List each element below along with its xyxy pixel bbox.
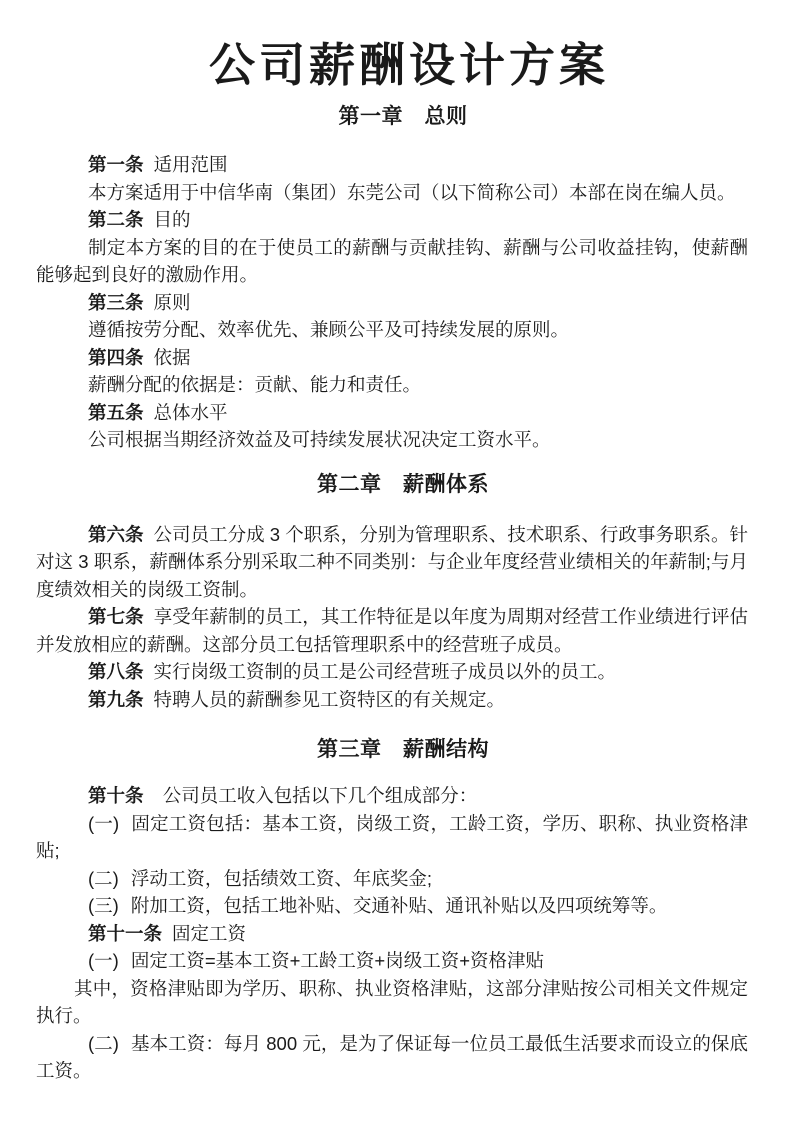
list-marker: (一) <box>88 813 119 834</box>
chapter-salary-structure: 第三章 薪酬结构 第十条 公司员工收入包括以下几个组成部分： (一)固定工资包括… <box>0 735 800 1085</box>
paragraph-text: 固定工资=基本工资+工龄工资+岗级工资+资格津贴 <box>131 950 544 971</box>
article-title-line: 第五条总体水平 <box>36 399 748 427</box>
paragraph: 薪酬分配的依据是：贡献、能力和责任。 <box>36 371 748 399</box>
article-title-line: 第四条依据 <box>36 344 748 372</box>
article-paragraph: 第六条公司员工分成 3 个职系，分别为管理职系、技术职系、行政事务职系。针对这 … <box>36 521 748 604</box>
article-label: 第四条 <box>88 347 144 368</box>
list-item: (三)附加工资，包括工地补贴、交通补贴、通讯补贴以及四项统筹等。 <box>36 892 748 920</box>
document-title: 公司薪酬设计方案 <box>0 0 800 94</box>
chapter-3-body: 第十条 公司员工收入包括以下几个组成部分： (一)固定工资包括：基本工资，岗级工… <box>36 782 748 1085</box>
list-marker: (三) <box>88 895 119 916</box>
article-title-line: 第三条原则 <box>36 289 748 317</box>
paragraph-text: 制定本方案的目的在于使员工的薪酬与贡献挂钩、薪酬与公司收益挂钩，使薪酬能够起到良… <box>36 237 748 286</box>
paragraph-text: 目的 <box>154 209 191 230</box>
article-paragraph: 第七条享受年薪制的员工，其工作特征是以年度为周期对经营工作业绩进行评估并发放相应… <box>36 603 748 658</box>
paragraph-text: 总体水平 <box>154 402 228 423</box>
list-marker: (一) <box>88 950 119 971</box>
paragraph-text: 附加工资，包括工地补贴、交通补贴、通讯补贴以及四项统筹等。 <box>131 895 668 916</box>
paragraph: 其中，资格津贴即为学历、职称、执业资格津贴，这部分津贴按公司相关文件规定执行。 <box>36 975 748 1030</box>
article-title-line: 第二条目的 <box>36 206 748 234</box>
article-label: 第七条 <box>88 606 144 627</box>
article-paragraph: 第九条特聘人员的薪酬参见工资特区的有关规定。 <box>36 686 748 714</box>
paragraph-text: 公司员工收入包括以下几个组成部分： <box>154 785 478 806</box>
paragraph-text: 基本工资：每月 800 元，是为了保证每一位员工最低生活要求而设立的保底工资。 <box>36 1033 748 1082</box>
list-item: (二)基本工资：每月 800 元，是为了保证每一位员工最低生活要求而设立的保底工… <box>36 1030 748 1085</box>
list-item: (二)浮动工资，包括绩效工资、年底奖金; <box>36 865 748 893</box>
chapter-3-heading: 第三章 薪酬结构 <box>0 735 800 765</box>
paragraph: 本方案适用于中信华南（集团）东莞公司（以下简称公司）本部在岗在编人员。 <box>36 179 748 207</box>
paragraph-text: 原则 <box>154 292 191 313</box>
article-title-line: 第十一条固定工资 <box>36 920 748 948</box>
article-label: 第三条 <box>88 292 144 313</box>
article-title-line: 第一条适用范围 <box>36 151 748 179</box>
paragraph-text: 遵循按劳分配、效率优先、兼顾公平及可持续发展的原则。 <box>88 319 569 340</box>
chapter-2-body: 第六条公司员工分成 3 个职系，分别为管理职系、技术职系、行政事务职系。针对这 … <box>36 521 748 714</box>
list-marker: (二) <box>88 868 119 889</box>
paragraph-text: 实行岗级工资制的员工是公司经营班子成员以外的员工。 <box>154 661 617 682</box>
paragraph-text: 浮动工资，包括绩效工资、年底奖金; <box>131 868 432 889</box>
chapter-salary-system: 第二章 薪酬体系 第六条公司员工分成 3 个职系，分别为管理职系、技术职系、行政… <box>0 470 800 714</box>
list-item: (一)固定工资=基本工资+工龄工资+岗级工资+资格津贴 <box>36 947 748 975</box>
chapter-2-heading: 第二章 薪酬体系 <box>0 470 800 500</box>
paragraph-text: 薪酬分配的依据是：贡献、能力和责任。 <box>88 374 421 395</box>
article-label: 第十一条 <box>88 923 162 944</box>
document-page: 公司薪酬设计方案 第一章 总则 第一条适用范围 本方案适用于中信华南（集团）东莞… <box>0 0 800 1131</box>
article-label: 第一条 <box>88 154 144 175</box>
paragraph-text: 公司根据当期经济效益及可持续发展状况决定工资水平。 <box>88 429 551 450</box>
paragraph: 制定本方案的目的在于使员工的薪酬与贡献挂钩、薪酬与公司收益挂钩，使薪酬能够起到良… <box>36 234 748 289</box>
article-label: 第五条 <box>88 402 144 423</box>
article-paragraph: 第八条实行岗级工资制的员工是公司经营班子成员以外的员工。 <box>36 658 748 686</box>
article-label: 第二条 <box>88 209 144 230</box>
chapter-1-body: 第一条适用范围 本方案适用于中信华南（集团）东莞公司（以下简称公司）本部在岗在编… <box>36 151 748 454</box>
paragraph-text: 依据 <box>154 347 191 368</box>
article-paragraph: 第十条 公司员工收入包括以下几个组成部分： <box>36 782 748 810</box>
paragraph-text: 适用范围 <box>154 154 228 175</box>
paragraph-text: 固定工资 <box>172 923 246 944</box>
article-label: 第十条 <box>88 785 144 806</box>
paragraph: 遵循按劳分配、效率优先、兼顾公平及可持续发展的原则。 <box>36 316 748 344</box>
article-label: 第八条 <box>88 661 144 682</box>
paragraph-text: 其中，资格津贴即为学历、职称、执业资格津贴，这部分津贴按公司相关文件规定执行。 <box>36 978 748 1027</box>
list-marker: (二) <box>88 1033 119 1054</box>
paragraph-text: 本方案适用于中信华南（集团）东莞公司（以下简称公司）本部在岗在编人员。 <box>88 182 736 203</box>
article-label: 第六条 <box>88 524 144 545</box>
chapter-1-heading: 第一章 总则 <box>0 102 800 132</box>
chapter-general-rules: 第一章 总则 第一条适用范围 本方案适用于中信华南（集团）东莞公司（以下简称公司… <box>0 102 800 454</box>
paragraph: 公司根据当期经济效益及可持续发展状况决定工资水平。 <box>36 426 748 454</box>
list-item: (一)固定工资包括：基本工资，岗级工资，工龄工资，学历、职称、执业资格津贴; <box>36 810 748 865</box>
article-label: 第九条 <box>88 689 144 710</box>
paragraph-text: 固定工资包括：基本工资，岗级工资，工龄工资，学历、职称、执业资格津贴; <box>36 813 748 862</box>
paragraph-text: 特聘人员的薪酬参见工资特区的有关规定。 <box>154 689 506 710</box>
